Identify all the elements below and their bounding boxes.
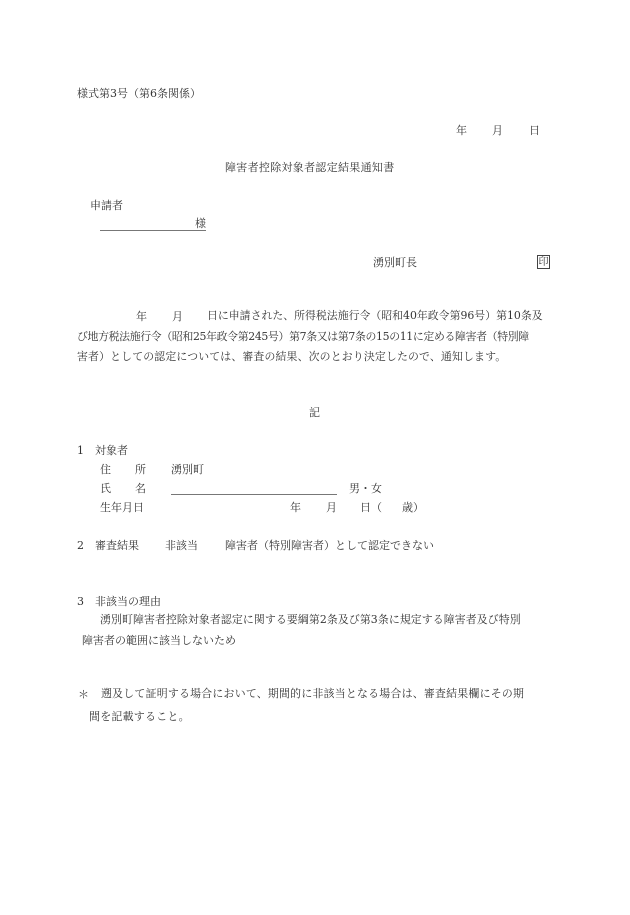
address-label-b: 所 xyxy=(135,464,146,475)
age: 歳） xyxy=(402,502,424,513)
form-label: 様式第3号（第6条関係） xyxy=(77,88,201,99)
section1-heading: 対象者 xyxy=(95,445,128,456)
section1-number: 1 xyxy=(77,445,84,456)
body-month: 月 xyxy=(172,311,183,322)
name-underline xyxy=(171,494,337,495)
address-value: 湧別町 xyxy=(171,464,204,475)
issuer-name: 湧別町長 xyxy=(373,257,417,268)
name-label-a: 氏 xyxy=(100,483,111,494)
note-line-1: 遡及して証明する場合において、期間的に非該当となる場合は、審査結果欄にその期 xyxy=(101,689,524,700)
name-label-b: 名 xyxy=(135,483,146,494)
review-result-detail: 障害者（特別障害者）として認定できない xyxy=(225,540,434,551)
applicant-label: 申請者 xyxy=(90,200,123,211)
seal-icon: 印 xyxy=(537,255,550,269)
reason-line-1: 湧別町障害者控除対象者認定に関する要綱第2条及び第3条に規定する障害者及び特別 xyxy=(100,615,521,626)
body-line-3: 害者）としての認定については、審査の結果、次のとおり決定したので、通知します。 xyxy=(77,352,506,363)
date-day: 日 xyxy=(529,125,540,136)
section2-heading: 審査結果 xyxy=(95,540,139,551)
birthdate-year: 年 xyxy=(290,502,301,513)
reason-line-2: 障害者の範囲に該当しないため xyxy=(82,635,236,646)
body-line-2: び地方税法施行令（昭和25年政令第245号）第7条又は第7条の15の11に定める… xyxy=(77,332,529,343)
review-result: 非該当 xyxy=(165,540,198,551)
section3-heading: 非該当の理由 xyxy=(95,596,161,607)
date-year: 年 xyxy=(456,125,467,136)
birthdate-month: 月 xyxy=(326,502,337,513)
gender-options: 男・女 xyxy=(349,483,382,494)
address-label-a: 住 xyxy=(100,464,111,475)
section3-number: 3 xyxy=(77,596,84,607)
section2-number: 2 xyxy=(77,540,84,551)
body-line-1: 日に申請された、所得税法施行令（昭和40年政令第96号）第10条及 xyxy=(207,311,543,322)
body-year: 年 xyxy=(136,311,147,322)
birthdate-label: 生年月日 xyxy=(100,502,144,513)
applicant-name-underline xyxy=(100,230,206,231)
applicant-honorific: 様 xyxy=(195,218,206,229)
birthdate-day: 日（ xyxy=(360,502,382,513)
note-line-2: 間を記載すること。 xyxy=(89,711,190,722)
date-month: 月 xyxy=(492,125,503,136)
note-mark: ＊ xyxy=(78,689,89,700)
document-title: 障害者控除対象者認定結果通知書 xyxy=(225,162,395,173)
ki-heading: 記 xyxy=(309,407,320,418)
